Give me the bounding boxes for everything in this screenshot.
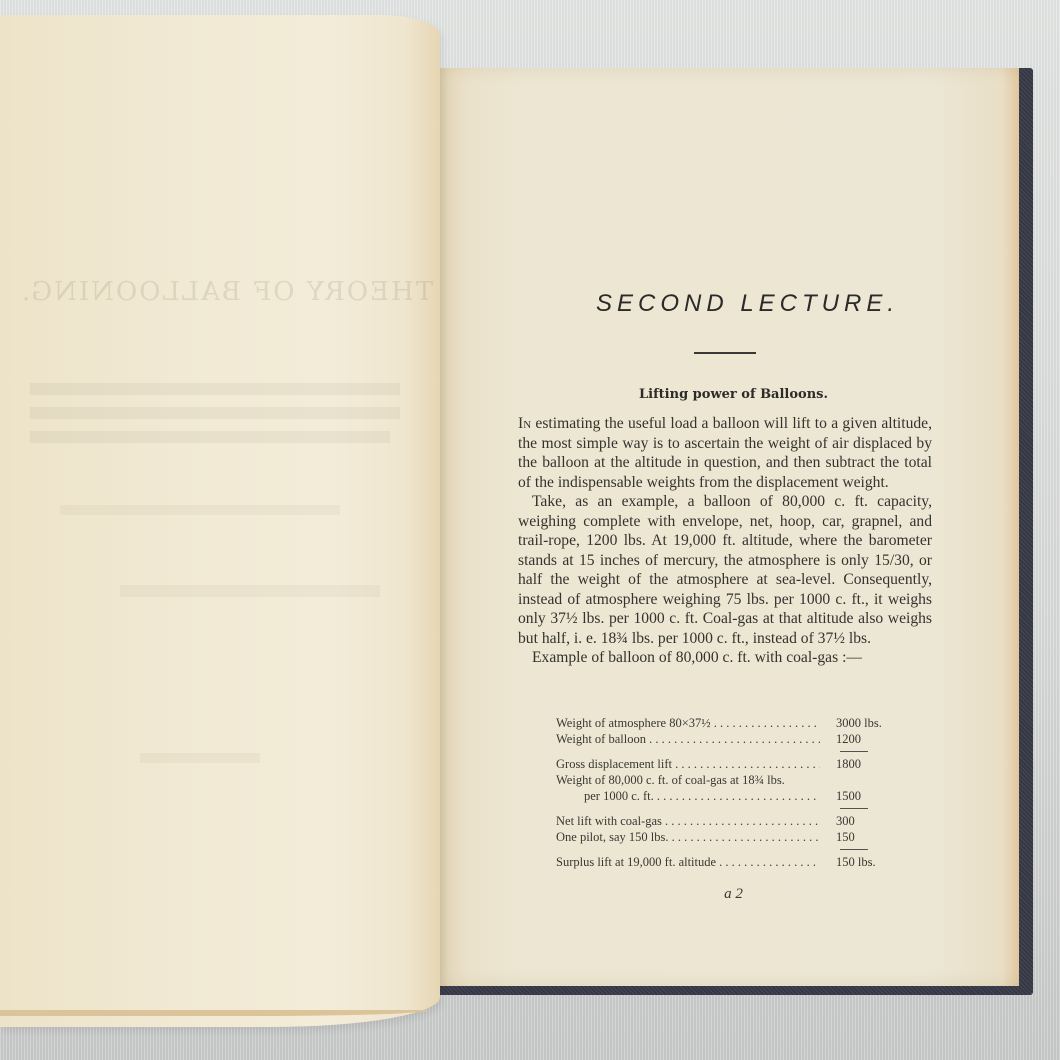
- left-page: THEORY OF BALLOONING.: [0, 15, 440, 1027]
- page-signature: a 2: [442, 886, 1025, 903]
- show-through-line: [120, 585, 380, 597]
- row-label: per 1000 c. ft. . . . . . . . . . . . . …: [556, 789, 820, 804]
- row-label: Gross displacement lift . . . . . . . . …: [556, 757, 820, 772]
- paragraph-1: In estimating the useful load a balloon …: [518, 414, 932, 492]
- section-heading: Lifting power of Balloons.: [442, 387, 1025, 402]
- sum-rule: [556, 846, 896, 855]
- show-through-line: [140, 753, 260, 763]
- table-row: Weight of 80,000 c. ft. of coal-gas at 1…: [556, 773, 896, 789]
- photo-scene: SECOND LECTURE. Lifting power of Balloon…: [0, 0, 1060, 1060]
- paragraph-2: Take, as an example, a balloon of 80,000…: [518, 492, 932, 648]
- body-text: In estimating the useful load a balloon …: [518, 414, 932, 668]
- show-through-line: [30, 383, 400, 395]
- row-value: 300: [820, 814, 896, 829]
- small-caps-lead: In: [518, 415, 531, 432]
- show-through-line: [30, 407, 400, 419]
- lecture-title: SECOND LECTURE.: [456, 290, 1039, 318]
- table-row: Net lift with coal-gas . . . . . . . . .…: [556, 814, 896, 830]
- row-label: Surplus lift at 19,000 ft. altitude . . …: [556, 855, 820, 870]
- right-page: SECOND LECTURE. Lifting power of Balloon…: [436, 68, 1019, 986]
- rule-line: [840, 751, 868, 752]
- row-label: Weight of atmosphere 80×37½ . . . . . . …: [556, 716, 820, 731]
- row-value: 1200: [820, 732, 896, 747]
- row-label: Net lift with coal-gas . . . . . . . . .…: [556, 814, 820, 829]
- show-through-line: [60, 505, 340, 515]
- sum-rule: [556, 748, 896, 757]
- row-value: 150 lbs.: [820, 855, 896, 870]
- row-value: 1800: [820, 757, 896, 772]
- table-row: One pilot, say 150 lbs. . . . . . . . . …: [556, 830, 896, 846]
- lift-calculation-table: Weight of atmosphere 80×37½ . . . . . . …: [556, 716, 896, 871]
- row-value: 1500: [820, 789, 896, 804]
- rule-line: [840, 849, 868, 850]
- table-row: Gross displacement lift . . . . . . . . …: [556, 757, 896, 773]
- paragraph-3: Example of balloon of 80,000 c. ft. with…: [518, 648, 932, 668]
- table-row: Weight of atmosphere 80×37½ . . . . . . …: [556, 716, 896, 732]
- show-through-line: [30, 431, 390, 443]
- show-through-text: THEORY OF BALLOONING.: [20, 277, 433, 307]
- row-label: Weight of 80,000 c. ft. of coal-gas at 1…: [556, 773, 820, 788]
- table-row: per 1000 c. ft. . . . . . . . . . . . . …: [556, 789, 896, 805]
- table-row: Weight of balloon . . . . . . . . . . . …: [556, 732, 896, 748]
- row-value: 3000 lbs.: [820, 716, 896, 731]
- rule-line: [840, 808, 868, 809]
- row-value: 150: [820, 830, 896, 845]
- table-row: Surplus lift at 19,000 ft. altitude . . …: [556, 855, 896, 871]
- sum-rule: [556, 805, 896, 814]
- row-label: One pilot, say 150 lbs. . . . . . . . . …: [556, 830, 820, 845]
- row-label: Weight of balloon . . . . . . . . . . . …: [556, 732, 820, 747]
- ornament-rule: [694, 352, 756, 354]
